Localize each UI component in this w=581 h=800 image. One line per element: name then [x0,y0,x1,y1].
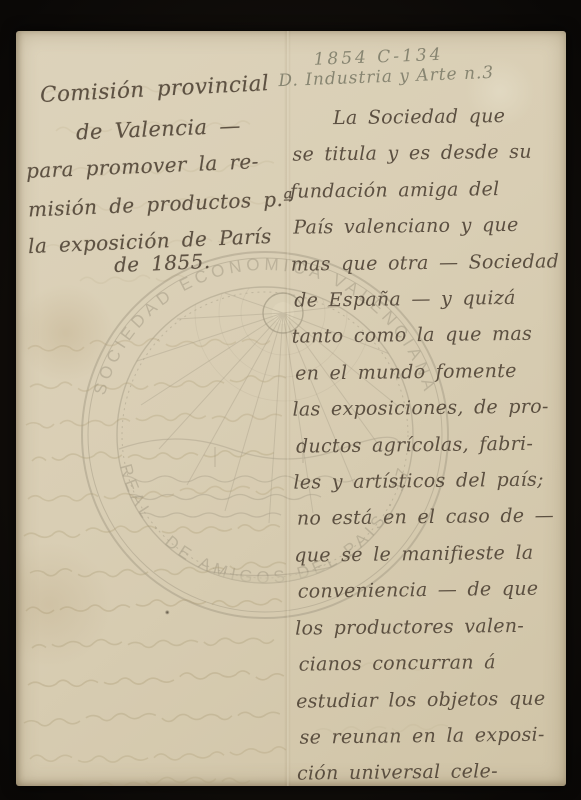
manuscript-line: que se le manifieste la [294,534,564,574]
manuscript-line: no está en el caso de — [297,498,564,538]
manuscript-line: cianos concurran á [298,643,565,683]
letter-body-column: La Sociedad que se titula y es desde su … [289,97,567,792]
manuscript-line: ción universal cele- [297,753,567,793]
manuscript-line: de España — y quizá [294,279,561,319]
manuscript-line: País valenciano y que [293,207,560,247]
ghost-writing-line [30,561,286,579]
ghost-writing-line [32,633,280,651]
scan-background: SOCIEDAD ECONOMICA VALENCIANA REAL · DE … [0,0,581,800]
manuscript-line: en el mundo fomente [295,352,562,392]
ghost-writing-line [26,595,288,614]
manuscript-line: las exposiciones, de pro- [292,389,562,429]
manuscript-line: La Sociedad que [289,97,559,137]
archival-pencil-note: 1854 C-134 D. Industria y Arte n.3 [277,43,494,91]
manuscript-line: tanto como la que mas [291,316,561,356]
ghost-writing-line [26,410,288,429]
manuscript-line: ductos agrícolas, fabri- [296,425,563,465]
manuscript-line: mas que otra — Sociedad [291,243,561,283]
manuscript-line: estudiar los objetos que [296,680,566,720]
ghost-writing-line [28,335,270,353]
manuscript-line: se titula y es desde su [292,134,559,174]
manuscript-line: les y artísticos del país; [293,461,563,501]
ghost-writing-line [36,775,250,786]
ghost-writing-line [30,375,286,393]
manuscript-line: se reunan en la exposi- [299,716,566,756]
manuscript-line: fundación amiga del [290,170,560,210]
ghost-writing-line [28,670,284,688]
ghost-writing-line [24,708,280,726]
manuscript-page: SOCIEDAD ECONOMICA VALENCIANA REAL · DE … [16,31,566,786]
ghost-writing-line [30,747,286,765]
ghost-writing-line [28,484,284,502]
ghost-writing-line [32,446,280,464]
ghost-writing-line [24,521,280,539]
docket-date: de 1855. [114,249,211,277]
manuscript-line: los productores valen- [295,607,565,647]
manuscript-line: conveniencia — de que [298,571,565,611]
